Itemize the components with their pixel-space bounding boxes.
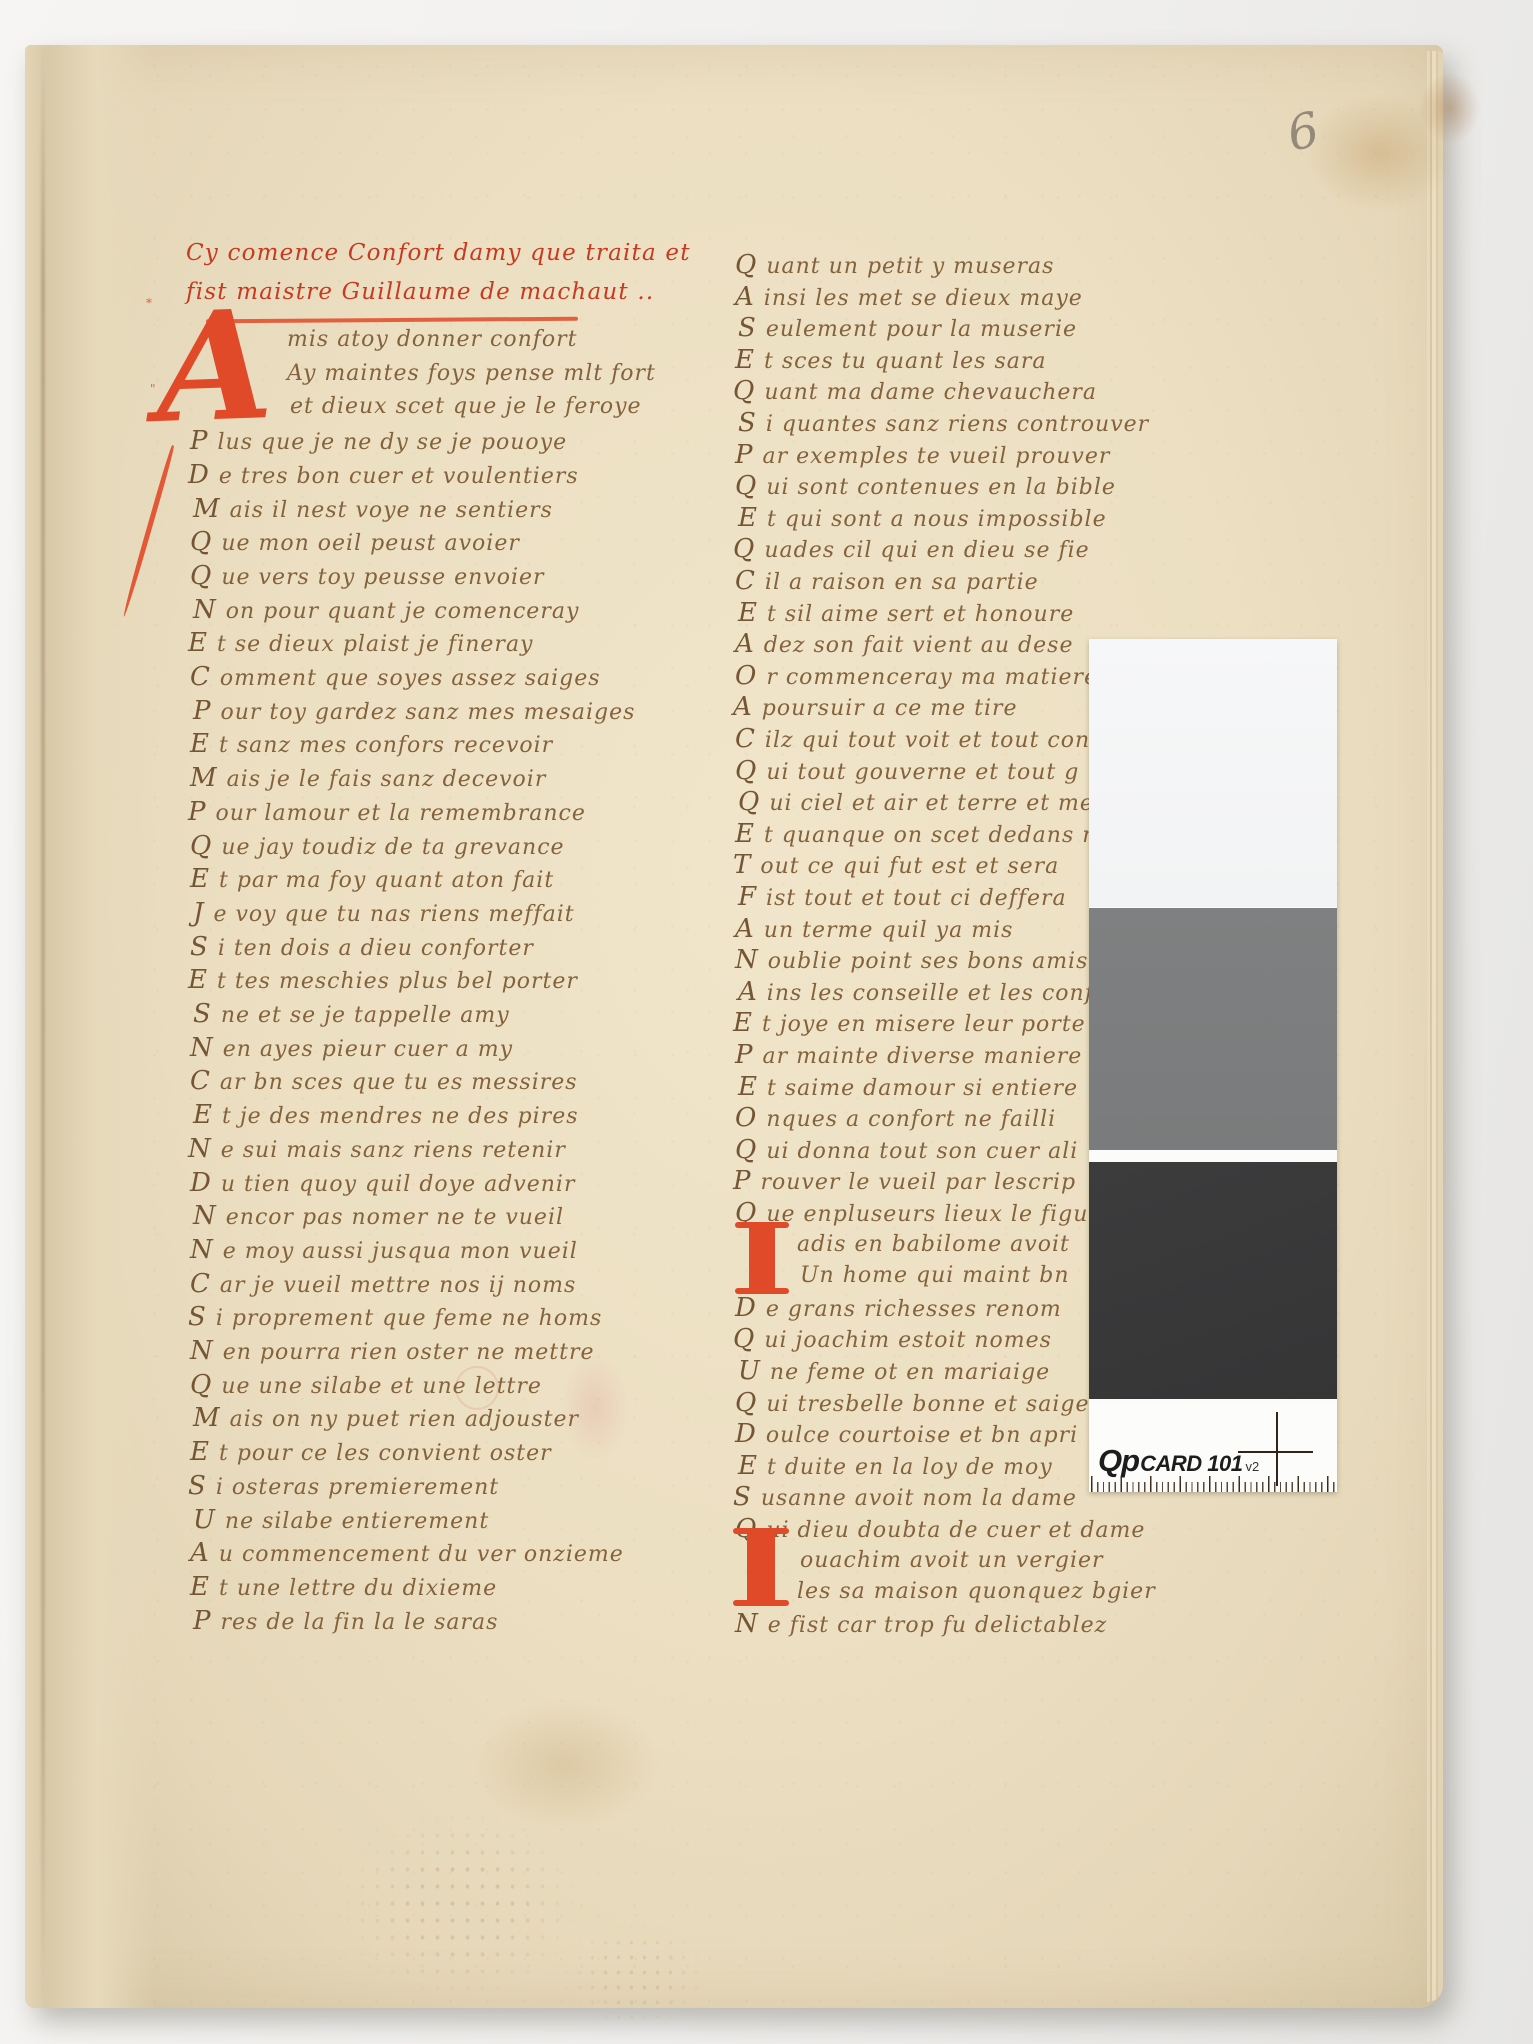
margin-mark: *: [146, 296, 152, 310]
manuscript-line: Et saime damour si entiere: [738, 1072, 1078, 1104]
manuscript-line: Adez son fait vient au dese: [735, 629, 1073, 661]
manuscript-line: Si ten dois a dieu conforter: [190, 932, 534, 964]
manuscript-line: Seulement pour la muserie: [738, 313, 1077, 345]
manuscript-line: Si quantes sanz riens controuver: [738, 408, 1149, 440]
manuscript-line: Au commencement du ver onzieme: [190, 1538, 624, 1570]
manuscript-line: Car je vueil mettre nos ij noms: [190, 1269, 576, 1301]
manuscript-line: Mais on ny puet rien adjouster: [193, 1403, 579, 1435]
manuscript-line: Fist tout et tout ci deffera: [738, 882, 1067, 914]
manuscript-line: Non pour quant je comenceray: [193, 595, 579, 627]
manuscript-line: Qui tresbelle bonne et saige: [735, 1388, 1089, 1420]
manuscript-line: Et par ma foy quant aton fait: [190, 864, 554, 896]
manuscript-line: Et tes meschies plus bel porter: [188, 965, 578, 997]
manuscript-line: Qui dieu doubta de cuer et dame: [735, 1514, 1145, 1546]
manuscript-line: Si osteras premierement: [188, 1471, 499, 1503]
manuscript-line: Onques a confort ne failli: [735, 1103, 1056, 1135]
manuscript-line: Plus que je ne dy se je pouoye: [190, 426, 567, 458]
drop-cap-i-2: [747, 1532, 775, 1602]
card-white-patch: [1089, 639, 1337, 907]
manuscript-line: et dieux scet que je le feroye: [290, 392, 642, 422]
gutter-crease: [41, 45, 45, 2008]
manuscript-line: Mais je le fais sanz decevoir: [190, 763, 546, 795]
manuscript-line: les sa maison quonquez bgier: [797, 1577, 1156, 1607]
manuscript-line: Aun terme quil ya mis: [735, 914, 1013, 946]
manuscript-line: Or commenceray ma matiere: [735, 661, 1098, 693]
manuscript-line: Une silabe entierement: [193, 1505, 489, 1537]
manuscript-line: Et sil aime sert et honoure: [738, 598, 1074, 630]
manuscript-line: Prouver le vueil par lescrip: [733, 1166, 1076, 1198]
manuscript-line: Quant un petit y museras: [735, 250, 1054, 282]
manuscript-line: Que vers toy peusse envoier: [190, 561, 545, 593]
manuscript-line: Ay maintes foys pense mlt fort: [287, 359, 656, 389]
manuscript-line: Ne moy aussi jusqua mon vueil: [190, 1235, 578, 1267]
manuscript-line: Sne et se je tappelle amy: [193, 999, 510, 1031]
manuscript-line: Qui tout gouverne et tout g: [735, 756, 1079, 788]
manuscript-line: Pour lamour et la remembrance: [188, 797, 586, 829]
drop-cap-i-1: [749, 1226, 775, 1290]
card-black-patch: [1089, 1162, 1337, 1399]
manuscript-line: Si proprement que feme ne homs: [188, 1302, 602, 1334]
manuscript-line: Quades cil qui en dieu se fie: [733, 534, 1090, 566]
manuscript-line: Car bn sces que tu es messires: [190, 1066, 578, 1098]
manuscript-line: Ne fist car trop fu delictablez: [735, 1609, 1107, 1641]
manuscript-line: Cil a raison en sa partie: [735, 566, 1039, 598]
manuscript-line: Et duite en la loy de moy: [738, 1451, 1053, 1483]
manuscript-line: Que mon oeil peust avoier: [190, 527, 520, 559]
manuscript-line: Ainsi les met se dieux maye: [735, 282, 1083, 314]
manuscript-line: Nen pourra rien oster ne mettre: [190, 1336, 595, 1368]
manuscript-line: Qui sont contenues en la bible: [735, 471, 1116, 503]
manuscript-line: adis en babilome avoit: [797, 1230, 1070, 1260]
manuscript-line: Quant ma dame chevauchera: [733, 376, 1097, 408]
card-label: QpCARD 101v2: [1089, 1403, 1337, 1492]
page-edge-stack: [1427, 51, 1443, 2002]
manuscript-line: Je voy que tu nas riens meffait: [193, 898, 575, 930]
manuscript-line: Et qui sont a nous impossible: [738, 503, 1107, 535]
manuscript-line: Et sanz mes confors recevoir: [190, 729, 553, 761]
manuscript-line: Comment que soyes assez saiges: [190, 662, 601, 694]
manuscript-line: ouachim avoit un vergier: [800, 1546, 1104, 1576]
manuscript-line: Une feme ot en mariaige: [738, 1356, 1050, 1388]
margin-mark: ": [150, 382, 156, 396]
qp-card: QpCARD 101v2: [1089, 639, 1337, 1492]
manuscript-line: Par exemples te vueil prouver: [735, 440, 1110, 472]
manuscript-line: Tout ce qui fut est et sera: [733, 850, 1059, 882]
manuscript-line: Que jay toudiz de ta grevance: [190, 831, 565, 863]
manuscript-line: Nen ayes pieur cuer a my: [190, 1033, 513, 1065]
manuscript-line: Un home qui maint bn: [800, 1261, 1070, 1291]
manuscript-line: Pour toy gardez sanz mes mesaiges: [193, 696, 635, 728]
manuscript-line: Apoursuir a ce me tire: [733, 692, 1018, 724]
manuscript-line: Et une lettre du dixieme: [190, 1572, 497, 1604]
manuscript-line: Susanne avoit nom la dame: [733, 1482, 1077, 1514]
manuscript-line: Et joye en misere leur porte: [733, 1008, 1086, 1040]
manuscript-line: mis atoy donner confort: [287, 325, 578, 355]
manuscript-line: Et se dieux plaist je fineray: [188, 628, 534, 660]
manuscript-line: Et quanque on scet dedans m: [735, 819, 1104, 851]
manuscript-line: Doulce courtoise et bn apri: [735, 1419, 1078, 1451]
manuscript-line: Par mainte diverse maniere: [735, 1040, 1082, 1072]
manuscript-line: Nencor pas nomer ne te vueil: [193, 1201, 564, 1233]
manuscript-line: Cilz qui tout voit et tout cong: [735, 724, 1105, 756]
rubric-line-1: Cy comence Confort damy que traita et: [186, 240, 691, 266]
card-gray-patch: [1089, 908, 1337, 1150]
drop-cap-a: A: [153, 290, 275, 444]
ruler-scale-major: [1091, 1476, 1335, 1492]
manuscript-line: Et sces tu quant les sara: [735, 345, 1046, 377]
manuscript-line: Mais il nest voye ne sentiers: [193, 494, 553, 526]
manuscript-line: Et pour ce les convient oster: [190, 1437, 552, 1469]
photo-backdrop: 6 Cy comence Confort damy que traita et …: [0, 0, 1533, 2044]
manuscript-line: Et je des mendres ne des pires: [193, 1100, 579, 1132]
manuscript-line: Ains les conseille et les confo: [738, 977, 1108, 1009]
manuscript-line: Qui joachim estoit nomes: [733, 1324, 1052, 1356]
manuscript-line: Qui ciel et air et terre et me: [738, 787, 1094, 819]
manuscript-line: De tres bon cuer et voulentiers: [188, 460, 579, 492]
manuscript-line: De grans richesses renom: [735, 1293, 1062, 1325]
manuscript-line: Noublie point ses bons amis: [735, 945, 1088, 977]
manuscript-line: Ne sui mais sanz riens retenir: [188, 1134, 566, 1166]
manuscript-line: Que une silabe et une lettre: [190, 1370, 542, 1402]
manuscript-line: Pres de la fin la le saras: [193, 1606, 498, 1638]
manuscript-line: Qui donna tout son cuer ali: [735, 1135, 1078, 1167]
manuscript-line: Du tien quoy quil doye advenir: [190, 1168, 575, 1200]
